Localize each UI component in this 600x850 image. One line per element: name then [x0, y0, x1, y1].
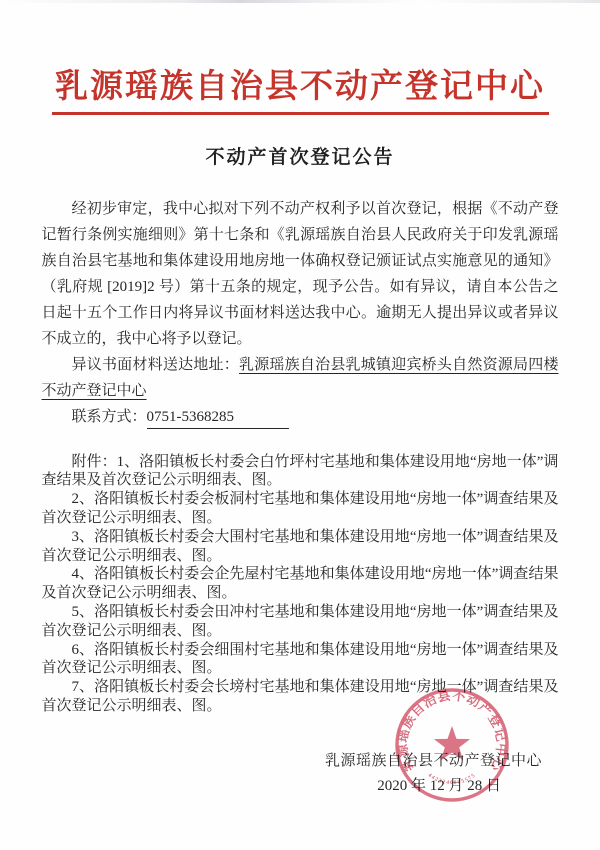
announcement-paragraph: 经初步审定，我中心拟对下列不动产权利予以首次登记，根据《不动产登记暂行条例实施细…	[42, 196, 559, 352]
letterhead-divider	[52, 112, 549, 115]
address-line: 异议书面材料送达地址：乳源瑶族自治县乳城镇迎宾桥头自然资源局四楼不动产登记中心	[42, 352, 559, 404]
letterhead-org-name: 乳源瑶族自治县不动产登记中心	[0, 70, 600, 105]
attachments-label: 附件：	[72, 454, 117, 470]
attachment-item: 5、洛阳镇板长村委会田冲村宅基地和集体建设用地“房地一体”调查结果及首次登记公示…	[42, 603, 559, 641]
attachment-item: 4、洛阳镇板长村委会企先屋村宅基地和集体建设用地“房地一体”调查结果及首次登记公…	[42, 565, 559, 603]
contact-phone-value: 0751-5368285	[147, 407, 290, 429]
document-body: 经初步审定，我中心拟对下列不动产权利予以首次登记，根据《不动产登记暂行条例实施细…	[42, 196, 559, 716]
document-page: 乳源瑶族自治县不动产登记中心 不动产首次登记公告 经初步审定，我中心拟对下列不动…	[0, 0, 600, 850]
signature-block: 乳源瑶族自治县不动产登记中心 2020 年 12 月 28 日	[0, 749, 600, 799]
attachment-item: 3、洛阳镇板长村委会大围村宅基地和集体建设用地“房地一体”调查结果及首次登记公示…	[42, 528, 559, 566]
attachment-item: 2、洛阳镇板长村委会板洞村宅基地和集体建设用地“房地一体”调查结果及首次登记公示…	[42, 490, 559, 528]
contact-label: 联系方式：	[72, 409, 147, 425]
attachment-item: 7、洛阳镇板长村委会长塝村宅基地和集体建设用地“房地一体”调查结果及首次登记公示…	[42, 678, 559, 716]
attachments-list: 附件：1、洛阳镇板长村委会白竹坪村宅基地和集体建设用地“房地一体”调查结果及首次…	[42, 453, 559, 716]
signature-date: 2020 年 12 月 28 日	[0, 773, 600, 799]
attachment-item: 6、洛阳镇板长村委会细围村宅基地和集体建设用地“房地一体”调查结果及首次登记公示…	[42, 641, 559, 679]
attachment-item: 附件：1、洛阳镇板长村委会白竹坪村宅基地和集体建设用地“房地一体”调查结果及首次…	[42, 453, 559, 491]
contact-line: 联系方式：0751-5368285	[42, 404, 559, 430]
scan-edge-shadow	[0, 0, 600, 3]
address-label: 异议书面材料送达地址：	[72, 357, 239, 373]
signature-org-name: 乳源瑶族自治县不动产登记中心	[0, 749, 600, 773]
letterhead: 乳源瑶族自治县不动产登记中心	[0, 0, 600, 115]
document-title: 不动产首次登记公告	[0, 142, 600, 169]
